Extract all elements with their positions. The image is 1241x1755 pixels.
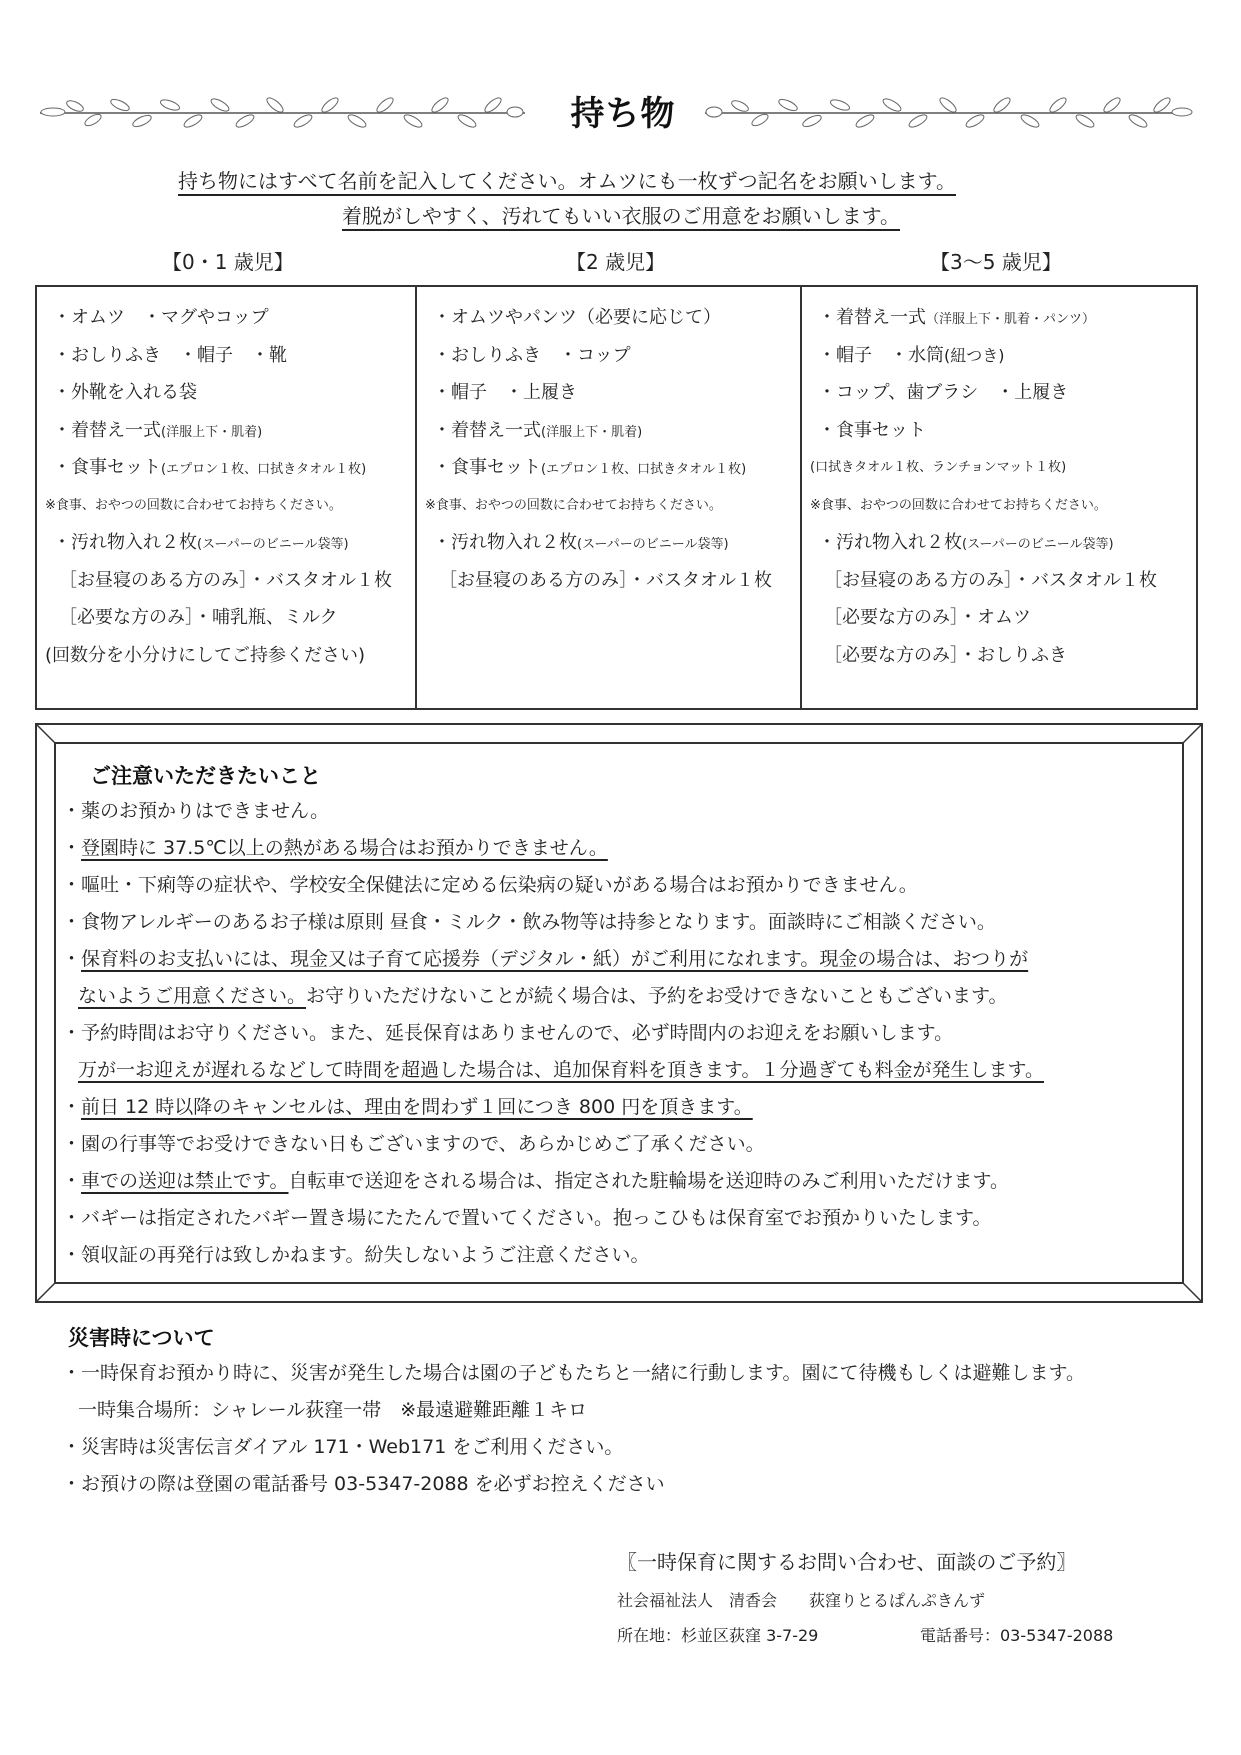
contact-organization: 社会福祉法人 清香会 荻窪りとるぱんぷきんず xyxy=(617,1588,985,1611)
list-item: ・おしりふき ・コップ xyxy=(417,337,800,375)
disaster-heading: 災害時について xyxy=(68,1322,215,1352)
disaster-line: 一時集合場所：シャレール荻窪一帯 ※最遠避難距離１キロ xyxy=(78,1395,587,1422)
disaster-line: ・災害時は災害伝言ダイアル 171・Web171 をご利用ください。 xyxy=(62,1432,623,1459)
caution-line: ・嘔吐・下痢等の症状や、学校安全保健法に定める伝染病の疑いがある場合はお預かりで… xyxy=(62,870,918,897)
caution-line: ・前日 12 時以降のキャンセルは、理由を問わず１回につき 800 円を頂きます… xyxy=(62,1092,753,1119)
list-item: ・おしりふき ・帽子 ・靴 xyxy=(37,337,415,375)
belongings-column-2: ・オムツやパンツ（必要に応じて） ・おしりふき ・コップ ・帽子 ・上履き ・着… xyxy=(415,287,800,708)
list-item: ・着替え一式(洋服上下・肌着) xyxy=(37,412,415,450)
contact-phone: 電話番号：03-5347-2088 xyxy=(920,1623,1113,1646)
age-label-0-1: 【0・1 歳児】 xyxy=(162,246,294,275)
list-item: ・着替え一式（洋服上下・肌着・パンツ） xyxy=(802,299,1196,337)
frame-corner-icon xyxy=(1176,1276,1202,1302)
meal-note: ※食事、おやつの回数に合わせてお持ちください。 xyxy=(802,487,1196,525)
caution-line: ・登園時に 37.5℃以上の熱がある場合はお預かりできません。 xyxy=(62,833,608,860)
caution-line: ・薬のお預かりはできません。 xyxy=(62,796,329,823)
list-item: ・汚れ物入れ２枚(スーパーのビニール袋等) xyxy=(802,524,1196,562)
contact-title: 〖一時保育に関するお問い合わせ、面談のご予約〗 xyxy=(617,1546,1076,1575)
intro-line-1: 持ち物にはすべて名前を記入してください。オムツにも一枚ずつ記名をお願いします。 xyxy=(178,165,956,194)
caution-line: ないようご用意ください。お守りいただけないことが続く場合は、予約をお受けできない… xyxy=(78,981,1008,1008)
vine-ornament-left xyxy=(35,96,530,130)
disaster-line: ・一時保育お預かり時に、災害が発生した場合は園の子どもたちと一緒に行動します。園… xyxy=(62,1358,1085,1385)
vine-ornament-right xyxy=(700,96,1195,130)
list-item: ・コップ、歯ブラシ ・上履き xyxy=(802,374,1196,412)
contact-address: 所在地：杉並区荻窪 3-7-29 xyxy=(617,1623,818,1646)
list-item: ［必要な方のみ］・おしりふき xyxy=(802,637,1196,675)
list-item: ・帽子 ・上履き xyxy=(417,374,800,412)
list-item: ［お昼寝のある方のみ］・バスタオル１枚 xyxy=(37,562,415,600)
caution-line: 万が一お迎えが遅れるなどして時間を超過した場合は、追加保育料を頂きます。１分過ぎ… xyxy=(78,1055,1044,1082)
belongings-table: ・オムツ ・マグやコップ ・おしりふき ・帽子 ・靴 ・外靴を入れる袋 ・着替え… xyxy=(35,285,1198,710)
list-item: ［必要な方のみ］・オムツ xyxy=(802,599,1196,637)
leaf-vine-icon xyxy=(700,96,1195,130)
leaf-vine-icon xyxy=(35,96,530,130)
list-item: ・外靴を入れる袋 xyxy=(37,374,415,412)
caution-line: ・車での送迎は禁止です。自転車で送迎をされる場合は、指定された駐輪場を送迎時のみ… xyxy=(62,1166,1009,1193)
list-item: (回数分を小分けにしてご持参ください) xyxy=(37,637,415,675)
frame-corner-icon xyxy=(1176,724,1202,750)
caution-line: ・バギーは指定されたバギー置き場にたたんで置いてください。抱っこひもは保育室でお… xyxy=(62,1203,991,1230)
caution-heading: ご注意いただきたいこと xyxy=(90,760,321,790)
meal-set-detail: (口拭きタオル１枚、ランチョンマット１枚) xyxy=(802,449,1196,487)
list-item: ・食事セット(エプロン１枚、口拭きタオル１枚) xyxy=(417,449,800,487)
list-item: ［お昼寝のある方のみ］・バスタオル１枚 xyxy=(802,562,1196,600)
list-item: ・汚れ物入れ２枚(スーパーのビニール袋等) xyxy=(37,524,415,562)
list-item: ・オムツ ・マグやコップ xyxy=(37,299,415,337)
caution-line: ・園の行事等でお受けできない日もございますので、あらかじめご了承ください。 xyxy=(62,1129,765,1156)
belongings-column-3-5: ・着替え一式（洋服上下・肌着・パンツ） ・帽子 ・水筒(紐つき) ・コップ、歯ブ… xyxy=(800,287,1196,708)
intro-line-2: 着脱がしやすく、汚れてもいい衣服のご用意をお願いします。 xyxy=(342,200,900,229)
age-label-2: 【2 歳児】 xyxy=(566,246,665,275)
disaster-line: ・お預けの際は登園の電話番号 03-5347-2088 を必ずお控えください xyxy=(62,1469,665,1496)
list-item: ・オムツやパンツ（必要に応じて） xyxy=(417,299,800,337)
frame-corner-icon xyxy=(36,724,62,750)
list-item: ・食事セット(エプロン１枚、口拭きタオル１枚) xyxy=(37,449,415,487)
list-item: ・汚れ物入れ２枚(スーパーのビニール袋等) xyxy=(417,524,800,562)
meal-note: ※食事、おやつの回数に合わせてお持ちください。 xyxy=(417,487,800,525)
belongings-column-0-1: ・オムツ ・マグやコップ ・おしりふき ・帽子 ・靴 ・外靴を入れる袋 ・着替え… xyxy=(37,287,415,708)
list-item: ・食事セット xyxy=(802,412,1196,450)
list-item: ［お昼寝のある方のみ］・バスタオル１枚 xyxy=(417,562,800,600)
age-label-3-5: 【3〜5 歳児】 xyxy=(930,246,1062,275)
list-item: ［必要な方のみ］・哺乳瓶、ミルク xyxy=(37,599,415,637)
caution-line: ・予約時間はお守りください。また、延長保育はありませんので、必ず時間内のお迎えを… xyxy=(62,1018,953,1045)
caution-line: ・領収証の再発行は致しかねます。紛失しないようご注意ください。 xyxy=(62,1240,649,1267)
meal-note: ※食事、おやつの回数に合わせてお持ちください。 xyxy=(37,487,415,525)
caution-line: ・保育料のお支払いには、現金又は子育て応援券（デジタル・紙）がご利用になれます。… xyxy=(62,944,1028,971)
caution-line: ・食物アレルギーのあるお子様は原則 昼食・ミルク・飲み物等は持参となります。面談… xyxy=(62,907,996,934)
list-item: ・着替え一式(洋服上下・肌着) xyxy=(417,412,800,450)
frame-corner-icon xyxy=(36,1276,62,1302)
page-title: 持ち物 xyxy=(548,86,698,135)
list-item: ・帽子 ・水筒(紐つき) xyxy=(802,337,1196,375)
